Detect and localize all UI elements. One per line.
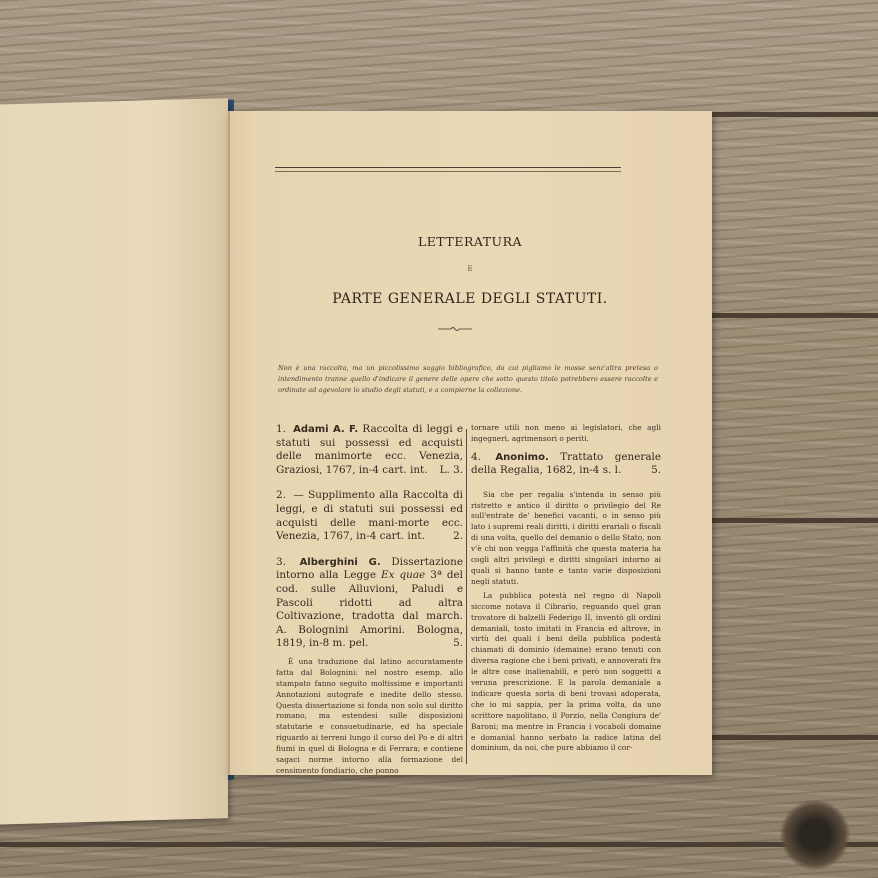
page-gutter [228,111,230,775]
entry-4-note-2: La pubblica potestà nel regno di Napoli … [471,591,661,755]
entry-price: 5. [453,637,463,651]
intro-paragraph: Non è una raccolta, ma un piccolissimo s… [278,363,658,396]
entry-author: Adami A. F. [293,424,358,435]
ornament-divider-icon [438,325,472,333]
right-column: tornare utili non meno ai legislatori, c… [471,423,661,757]
entry-number: 2. [276,489,286,501]
wood-knot [780,800,850,870]
entry-italic-text: Ex quae [381,569,425,581]
plank-seam [700,313,878,318]
header-rule [275,167,621,172]
title-line-2: PARTE GENERALE DEGLI STATUTI. [228,291,712,307]
title-line-1: LETTERATURA [228,234,712,249]
entry-author: Anonimo. [495,452,548,463]
entry-number: 1. [276,423,286,435]
left-page-blank [0,98,228,825]
plank-seam [700,518,878,523]
entry-price: 2. [453,530,463,544]
entry-price: L. 3. [440,464,463,478]
entry-number: 4. [471,451,481,463]
column-divider [466,429,467,764]
entry-author: Alberghini G. [300,557,381,568]
entry-author: — [293,489,303,501]
entry-number: 3. [276,556,286,568]
entry-text: Supplimento alla Raccolta di leggi, e di… [276,489,463,542]
entry-4-note-1: Sia che per regalia s'intenda in senso p… [471,490,661,588]
entry-price: 5. [651,464,661,477]
right-page: LETTERATURA E PARTE GENERALE DEGLI STATU… [228,111,712,775]
left-column: 1. Adami A. F. Raccolta di leggi e statu… [276,423,463,780]
entry-2: 2. — Supplimento alla Raccolta di leggi,… [276,489,463,543]
entry-1: 1. Adami A. F. Raccolta di leggi e statu… [276,423,463,477]
entry-4: 4. Anonimo. Trattato generale della Rega… [471,451,661,478]
entry-3-note: È una traduzione dal latino accuratament… [276,657,463,777]
intro-text: Non è una raccolta, ma un piccolissimo s… [278,363,658,396]
plank-seam [0,842,878,847]
title-conjunction: E [228,265,712,273]
plank-seam [700,735,878,740]
continuation-text: tornare utili non meno ai legislatori, c… [471,423,661,445]
entry-3: 3. Alberghini G. Dissertazione intorno a… [276,556,463,651]
